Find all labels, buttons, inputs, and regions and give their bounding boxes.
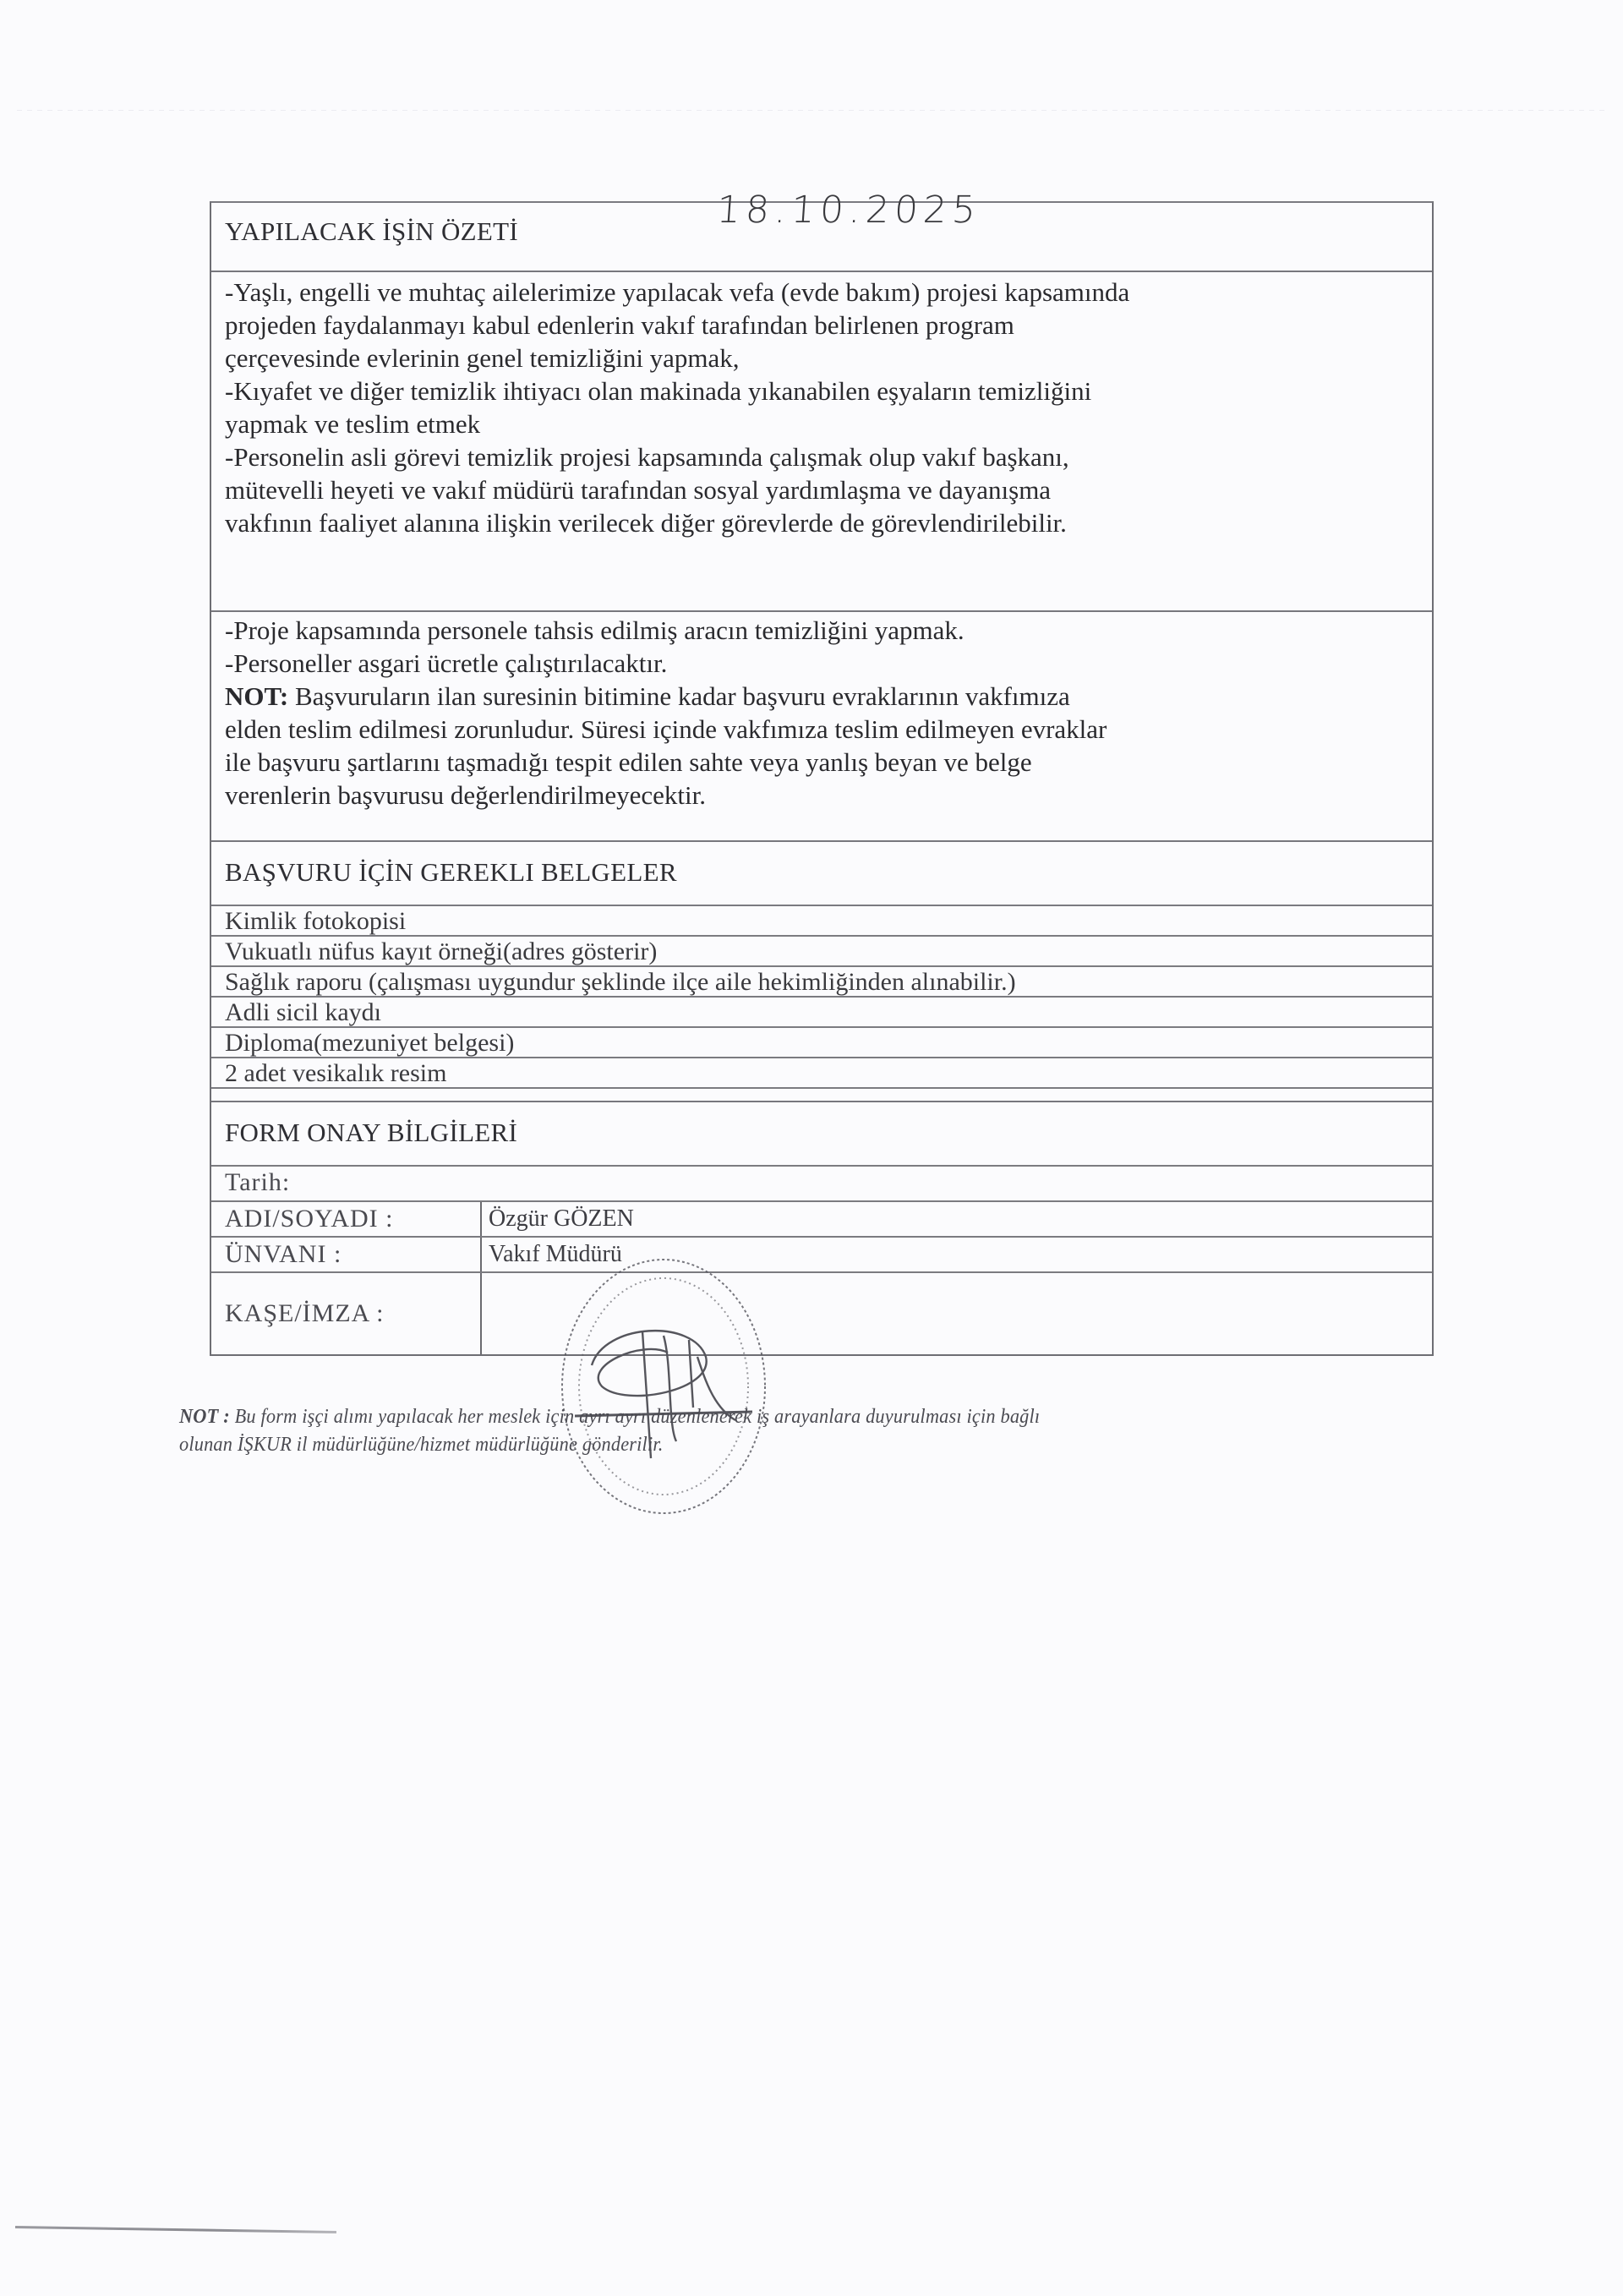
condition-line: -Personeller asgari ücretle çalıştırılac… (225, 647, 1432, 680)
note-line: elden teslim edilmesi zorunludur. Süresi… (225, 713, 1432, 746)
duty-line: -Personelin asli görevi temizlik projesi… (225, 440, 1432, 473)
name-row: ADI/SOYADI : Özgür GÖZEN (211, 1200, 1432, 1236)
note-line: verenlerin başvurusu değerlendirilmeyece… (225, 779, 1432, 812)
name-label: ADI/SOYADI : (211, 1202, 480, 1236)
handwritten-date: 18.10.2025 (716, 194, 982, 227)
approval-heading: FORM ONAY BİLGİLERİ (211, 1102, 1432, 1165)
required-document-item: Sağlık raporu (çalışması uygundur şeklin… (211, 965, 1432, 996)
note-line: ile başvuru şartlarını taşmadığı tespit … (225, 746, 1432, 779)
application-form-table: YAPILACAK İŞİN ÖZETİ -Yaşlı, engelli ve … (210, 201, 1434, 1356)
date-cell (480, 1167, 1432, 1200)
note-label: NOT: (225, 681, 288, 711)
date-row: Tarih: 18.10.2025 (211, 1165, 1432, 1200)
duty-line: yapmak ve teslim etmek (225, 407, 1432, 440)
conditions-paragraph: -Proje kapsamında personele tahsis edilm… (211, 612, 1432, 840)
approval-heading-row: FORM ONAY BİLGİLERİ (211, 1101, 1432, 1165)
duty-line: çerçevesinde evlerinin genel temizliğini… (225, 342, 1432, 374)
stamp-signature-row: KAŞE/İMZA : (211, 1271, 1432, 1354)
required-document-item: Adli sicil kaydı (211, 996, 1432, 1026)
stamp-cell (480, 1273, 1432, 1354)
footer-note: NOT : Bu form işçi alımı yapılacak her m… (179, 1403, 1342, 1459)
footer-note-line-2: olunan İŞKUR il müdürlüğüne/hizmet müdür… (179, 1431, 1342, 1459)
footer-note-text: Bu form işçi alımı yapılacak her meslek … (230, 1406, 1040, 1428)
scan-artifact-line (17, 110, 1606, 111)
duty-line: projeden faydalanmayı kabul edenlerin va… (225, 309, 1432, 342)
footer-note-line-1: NOT : Bu form işçi alımı yapılacak her m… (179, 1403, 1342, 1431)
required-document-item: Diploma(mezuniyet belgesi) (211, 1026, 1432, 1057)
duty-line: -Kıyafet ve diğer temizlik ihtiyacı olan… (225, 374, 1432, 407)
application-note: NOT: Başvuruların ilan suresinin bitimin… (225, 680, 1432, 713)
required-document-item: 2 adet vesikalık resim (211, 1057, 1432, 1087)
job-duties-paragraph: -Yaşlı, engelli ve muhtaç ailelerimize y… (211, 272, 1432, 610)
stamp-label: KAŞE/İMZA : (211, 1273, 480, 1354)
title-row: ÜNVANI : Vakıf Müdürü (211, 1236, 1432, 1271)
name-value: Özgür GÖZEN (480, 1202, 1432, 1236)
required-document-item: Kimlik fotokopisi (211, 905, 1432, 935)
title-value: Vakıf Müdürü (480, 1238, 1432, 1271)
date-label: Tarih: (211, 1167, 480, 1200)
duty-line: -Yaşlı, engelli ve muhtaç ailelerimize y… (225, 276, 1432, 309)
condition-line: -Proje kapsamında personele tahsis edilm… (225, 614, 1432, 647)
documents-heading-row: BAŞVURU İÇİN GEREKLI BELGELER (211, 840, 1432, 905)
summary-block-1: -Yaşlı, engelli ve muhtaç ailelerimize y… (211, 271, 1432, 610)
footer-note-label: NOT : (179, 1406, 230, 1428)
required-document-item: Vukuatlı nüfus kayıt örneği(adres göster… (211, 935, 1432, 965)
documents-heading: BAŞVURU İÇİN GEREKLI BELGELER (211, 842, 1432, 905)
duty-line: vakfının faaliyet alanına ilişkin verile… (225, 506, 1432, 539)
title-label: ÜNVANI : (211, 1238, 480, 1271)
summary-block-2: -Proje kapsamında personele tahsis edilm… (211, 610, 1432, 840)
duty-line: mütevelli heyeti ve vakıf müdürü tarafın… (225, 473, 1432, 506)
note-text: Başvuruların ilan suresinin bitimine kad… (288, 681, 1070, 711)
empty-row (211, 1087, 1432, 1101)
scan-edge-line (15, 2226, 336, 2233)
